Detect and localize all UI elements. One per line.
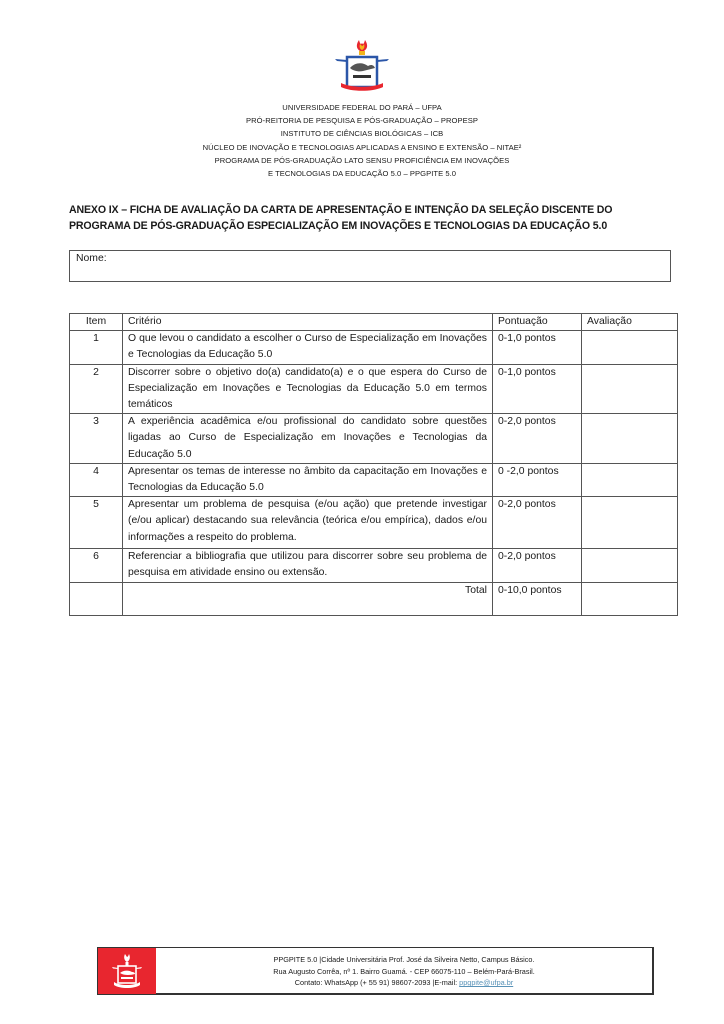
table-row: 2 Discorrer sobre o objetivo do(a) candi… — [70, 364, 678, 414]
header-line: NÚCLEO DE INOVAÇÃO E TECNOLOGIAS APLICAD… — [0, 141, 724, 154]
avaliacao-cell[interactable] — [582, 463, 678, 496]
email-link[interactable]: ppgpite@ufpa.br — [459, 978, 513, 987]
title-line: PROGRAMA DE PÓS-GRADUAÇÃO ESPECIALIZAÇÃO… — [69, 218, 679, 234]
table-row: 6 Referenciar a bibliografia que utilizo… — [70, 549, 678, 582]
criterio-text: A experiência acadêmica e/ou profissiona… — [123, 414, 493, 464]
name-field[interactable]: Nome: — [69, 250, 671, 282]
ufpa-crest-white-icon — [98, 948, 156, 994]
criterio-text: Apresentar os temas de interesse no âmbi… — [123, 463, 493, 496]
pontuacao-value: 0-1,0 pontos — [493, 331, 582, 364]
criterio-text: Apresentar um problema de pesquisa (e/ou… — [123, 497, 493, 549]
criterio-text: Discorrer sobre o objetivo do(a) candida… — [123, 364, 493, 414]
footer-line: Rua Augusto Corrêa, nº 1. Bairro Guamá. … — [156, 966, 652, 978]
total-item-empty — [70, 582, 123, 615]
evaluation-table: Item Critério Pontuação Avaliação 1 O qu… — [69, 313, 678, 616]
pontuacao-value: 0 -2,0 pontos — [493, 463, 582, 496]
institution-header: UNIVERSIDADE FEDERAL DO PARÁ – UFPA PRÓ-… — [0, 101, 724, 180]
header-line: PROGRAMA DE PÓS-GRADUAÇÃO LATO SENSU PRO… — [0, 154, 724, 167]
table-row: 1 O que levou o candidato a escolher o C… — [70, 331, 678, 364]
pontuacao-value: 0-2,0 pontos — [493, 549, 582, 582]
table-row: 4 Apresentar os temas de interesse no âm… — [70, 463, 678, 496]
header-line: UNIVERSIDADE FEDERAL DO PARÁ – UFPA — [0, 101, 724, 114]
table-row: 3 A experiência acadêmica e/ou profissio… — [70, 414, 678, 464]
avaliacao-cell[interactable] — [582, 414, 678, 464]
avaliacao-cell[interactable] — [582, 364, 678, 414]
header-line: INSTITUTO DE CIÊNCIAS BIOLÓGICAS – ICB — [0, 127, 724, 140]
table-row: 5 Apresentar um problema de pesquisa (e/… — [70, 497, 678, 549]
avaliacao-cell[interactable] — [582, 497, 678, 549]
footer-line: PPGPITE 5.0 |Cidade Universitária Prof. … — [156, 954, 652, 966]
header-pontuacao: Pontuação — [493, 314, 582, 331]
table-header-row: Item Critério Pontuação Avaliação — [70, 314, 678, 331]
header-criterio: Critério — [123, 314, 493, 331]
total-pontuacao: 0-10,0 pontos — [493, 582, 582, 615]
header-avaliacao: Avaliação — [582, 314, 678, 331]
title-line: ANEXO IX – FICHA DE AVALIAÇÃO DA CARTA D… — [69, 202, 679, 218]
footer-contact-prefix: Contato: WhatsApp (+ 55 91) 98607-2093 |… — [295, 978, 459, 987]
ufpa-crest-icon — [333, 38, 391, 96]
item-number: 6 — [70, 549, 123, 582]
avaliacao-cell[interactable] — [582, 331, 678, 364]
pontuacao-value: 0-2,0 pontos — [493, 497, 582, 549]
item-number: 5 — [70, 497, 123, 549]
item-number: 3 — [70, 414, 123, 464]
pontuacao-value: 0-2,0 pontos — [493, 414, 582, 464]
pontuacao-value: 0-1,0 pontos — [493, 364, 582, 414]
avaliacao-cell[interactable] — [582, 549, 678, 582]
header-line: E TECNOLOGIAS DA EDUCAÇÃO 5.0 – PPGPITE … — [0, 167, 724, 180]
name-label: Nome: — [76, 253, 107, 264]
total-row: Total 0-10,0 pontos — [70, 582, 678, 615]
header-item: Item — [70, 314, 123, 331]
document-title: ANEXO IX – FICHA DE AVALIAÇÃO DA CARTA D… — [69, 202, 679, 234]
total-avaliacao-cell[interactable] — [582, 582, 678, 615]
footer-line: Contato: WhatsApp (+ 55 91) 98607-2093 |… — [156, 977, 652, 989]
item-number: 2 — [70, 364, 123, 414]
footer-contact: PPGPITE 5.0 |Cidade Universitária Prof. … — [156, 954, 652, 989]
header-line: PRÓ-REITORIA DE PESQUISA E PÓS-GRADUAÇÃO… — [0, 114, 724, 127]
criterio-text: Referenciar a bibliografia que utilizou … — [123, 549, 493, 582]
total-label: Total — [123, 582, 493, 615]
page-footer: PPGPITE 5.0 |Cidade Universitária Prof. … — [97, 947, 654, 995]
criterio-text: O que levou o candidato a escolher o Cur… — [123, 331, 493, 364]
item-number: 4 — [70, 463, 123, 496]
item-number: 1 — [70, 331, 123, 364]
